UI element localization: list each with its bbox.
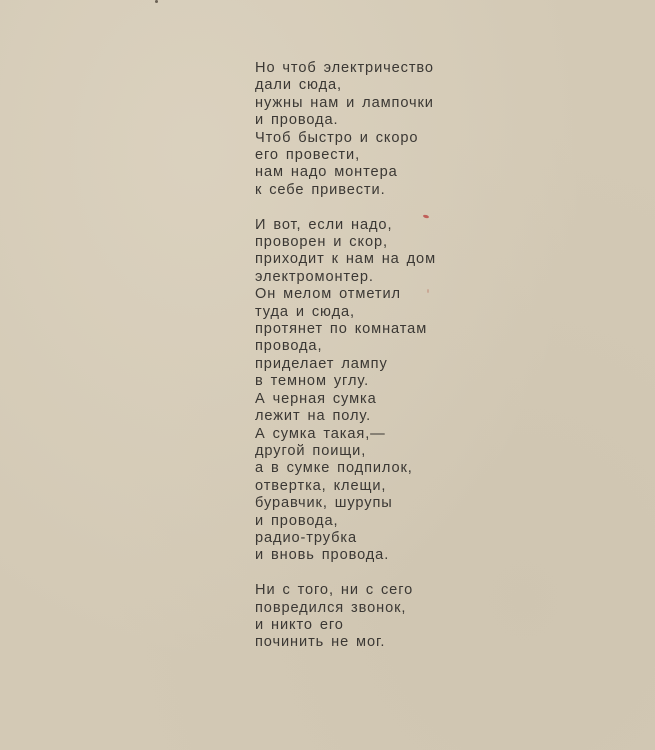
poem-line: А черная сумка xyxy=(255,391,436,408)
poem-line: в темном углу. xyxy=(255,373,436,390)
poem-line: и никто его xyxy=(255,617,436,634)
poem-line: нам надо монтера xyxy=(255,164,436,181)
poem-line: и провода. xyxy=(255,112,436,129)
poem-line: Чтоб быстро и скоро xyxy=(255,130,436,147)
poem-line: радио-трубка xyxy=(255,530,436,547)
poem-line: починить не мог. xyxy=(255,634,436,651)
poem-line: Он мелом отметил xyxy=(255,286,436,303)
poem-line: электромонтер. xyxy=(255,269,436,286)
poem-line: провода, xyxy=(255,338,436,355)
poem-line: лежит на полу. xyxy=(255,408,436,425)
stanza-2: И вот, если надо, проворен и скор, прихо… xyxy=(255,217,436,565)
paper-speck xyxy=(155,0,158,3)
paper-page: Но чтоб электричество дали сюда, нужны н… xyxy=(0,0,655,750)
poem-line: проворен и скор, xyxy=(255,234,436,251)
poem-line: приходит к нам на дом xyxy=(255,251,436,268)
poem-line: И вот, если надо, xyxy=(255,217,436,234)
poem-line: дали сюда, xyxy=(255,77,436,94)
poem-line: Ни с того, ни с сего xyxy=(255,582,436,599)
poem-line: а в сумке подпилок, xyxy=(255,460,436,477)
poem-line: и провода, xyxy=(255,513,436,530)
poem-line: другой поищи, xyxy=(255,443,436,460)
poem-line: и вновь провода. xyxy=(255,547,436,564)
poem-line: приделает лампу xyxy=(255,356,436,373)
poem-line: А сумка такая,— xyxy=(255,426,436,443)
stanza-3: Ни с того, ни с сего повредился звонок, … xyxy=(255,582,436,652)
poem-line: протянет по комнатам xyxy=(255,321,436,338)
poem-line: нужны нам и лампочки xyxy=(255,95,436,112)
stanza-1: Но чтоб электричество дали сюда, нужны н… xyxy=(255,60,436,199)
poem-line: его провести, xyxy=(255,147,436,164)
poem-line: туда и сюда, xyxy=(255,304,436,321)
poem-line: к себе привести. xyxy=(255,182,436,199)
poem-text: Но чтоб электричество дали сюда, нужны н… xyxy=(255,60,436,669)
poem-line: Но чтоб электричество xyxy=(255,60,436,77)
poem-line: буравчик, шурупы xyxy=(255,495,436,512)
poem-line: отвертка, клещи, xyxy=(255,478,436,495)
poem-line: повредился звонок, xyxy=(255,600,436,617)
